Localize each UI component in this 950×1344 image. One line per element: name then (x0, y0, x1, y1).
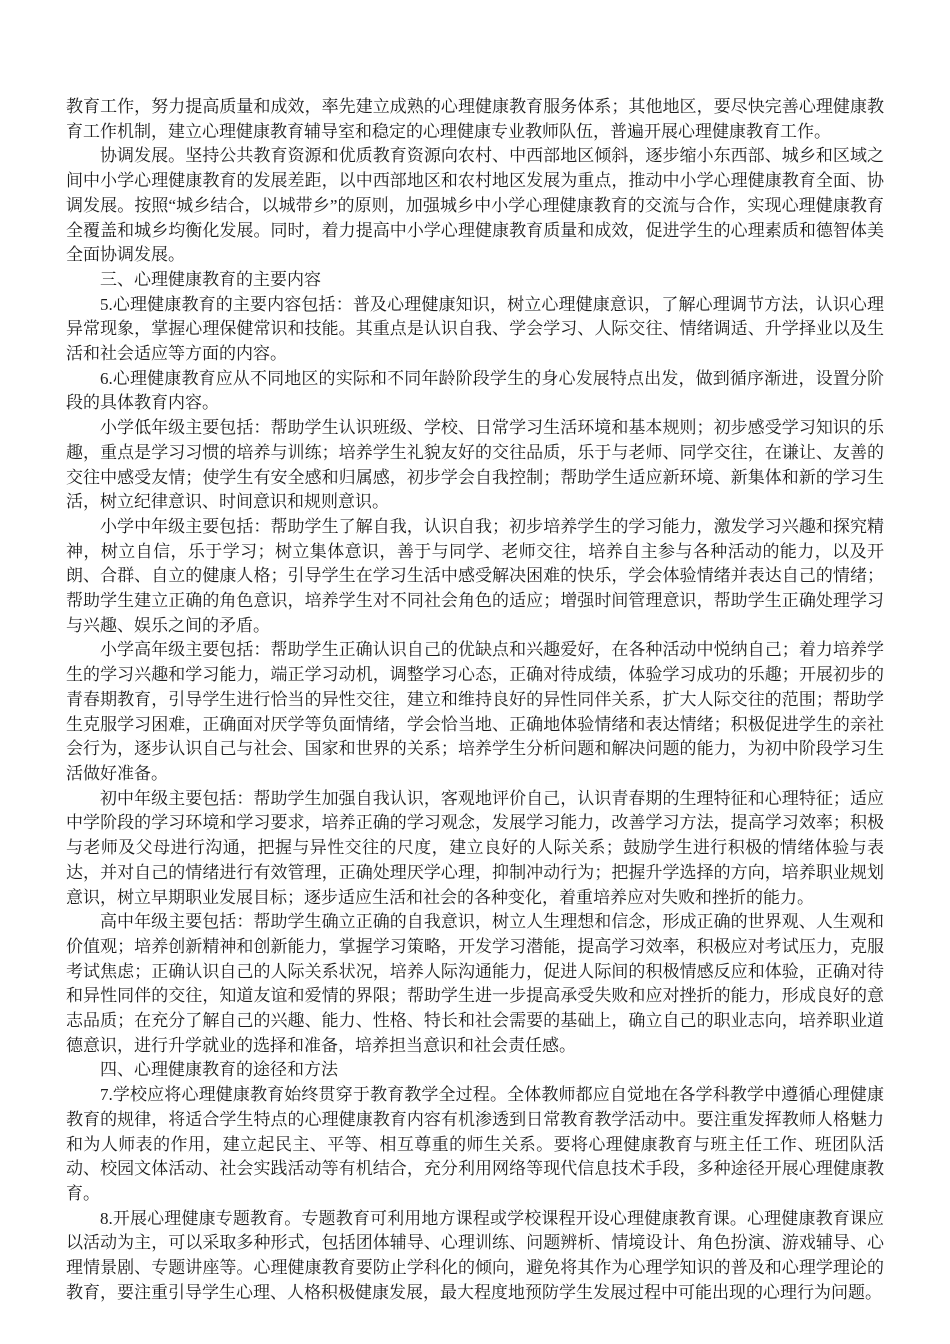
section-heading-3-main-content: 三、心理健康教育的主要内容 (66, 268, 884, 293)
paragraph-junior-high: 初中年级主要包括：帮助学生加强自我认识，客观地评价自己，认识青春期的生理特征和心… (66, 787, 884, 911)
paragraph-item-5: 5.心理健康教育的主要内容包括：普及心理健康知识，树立心理健康意识，了解心理调节… (66, 293, 884, 367)
document-page: 教育工作，努力提高质量和成效，率先建立成熟的心理健康教育服务体系；其他地区，要尽… (0, 0, 950, 1344)
paragraph-primary-lower-grades: 小学低年级主要包括：帮助学生认识班级、学校、日常学习生活环境和基本规则；初步感受… (66, 416, 884, 515)
section-heading-4-methods: 四、心理健康教育的途径和方法 (66, 1058, 884, 1083)
paragraph-continuation: 教育工作，努力提高质量和成效，率先建立成熟的心理健康教育服务体系；其他地区，要尽… (66, 95, 884, 144)
paragraph-item-6: 6.心理健康教育应从不同地区的实际和不同年龄阶段学生的身心发展特点出发，做到循序… (66, 367, 884, 416)
paragraph-item-8: 8.开展心理健康专题教育。专题教育可利用地方课程或学校课程开设心理健康教育课。心… (66, 1207, 884, 1306)
paragraph-coordinated-development: 协调发展。坚持公共教育资源和优质教育资源向农村、中西部地区倾斜，逐步缩小东西部、… (66, 144, 884, 268)
paragraph-item-7: 7.学校应将心理健康教育始终贯穿于教育教学全过程。全体教师都应自觉地在各学科教学… (66, 1083, 884, 1207)
paragraph-primary-middle-grades: 小学中年级主要包括：帮助学生了解自我，认识自我；初步培养学生的学习能力，激发学习… (66, 515, 884, 639)
paragraph-senior-high: 高中年级主要包括：帮助学生确立正确的自我意识，树立人生理想和信念，形成正确的世界… (66, 910, 884, 1058)
paragraph-primary-upper-grades: 小学高年级主要包括：帮助学生正确认识自己的优缺点和兴趣爱好，在各种活动中悦纳自己… (66, 638, 884, 786)
